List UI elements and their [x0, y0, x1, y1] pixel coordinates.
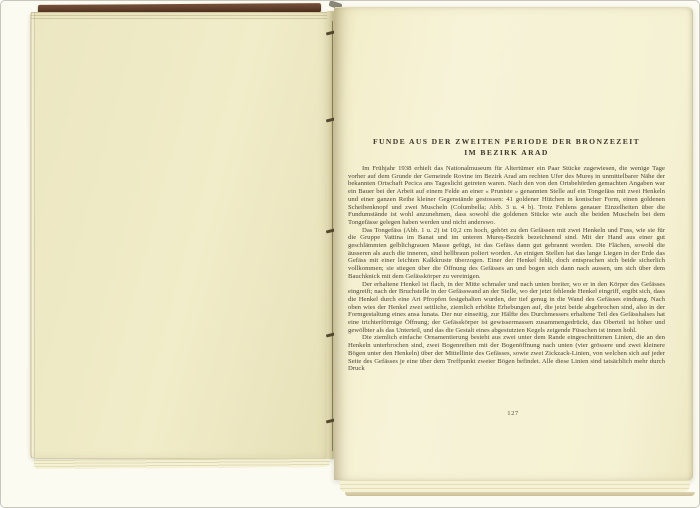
page-number: 127: [334, 410, 692, 417]
page-edges-bottom-left: [34, 458, 330, 469]
page-edges-bottom-right: [340, 480, 690, 492]
book-cover-bottom-edge: [345, 492, 695, 496]
article-title-line1: FUNDE AUS DER ZWEITEN PERIODE DER BRONZE…: [348, 136, 665, 147]
paragraph: Die ziemlich einfache Ornamentierung bes…: [348, 334, 665, 373]
right-page: FUNDE AUS DER ZWEITEN PERIODE DER BRONZE…: [334, 7, 693, 480]
article-text-block: FUNDE AUS DER ZWEITEN PERIODE DER BRONZE…: [348, 136, 665, 406]
left-page-stack: [30, 12, 334, 459]
paragraph: Der erhaltene Henkel ist flach, in der M…: [348, 281, 665, 335]
book-spread-scan: FUNDE AUS DER ZWEITEN PERIODE DER BRONZE…: [0, 0, 700, 508]
binding-thread: [332, 21, 333, 451]
article-title: FUNDE AUS DER ZWEITEN PERIODE DER BRONZE…: [348, 136, 665, 158]
paragraph: Im Frühjahr 1938 erhielt das Nationalmus…: [348, 165, 665, 227]
article-title-line2: IM BEZIRK ARAD: [348, 147, 665, 158]
paragraph: Das Tongefäss (Abb. 1 u. 2) ist 10,2 cm …: [348, 227, 665, 281]
article-body: Im Frühjahr 1938 erhielt das Nationalmus…: [348, 165, 665, 373]
